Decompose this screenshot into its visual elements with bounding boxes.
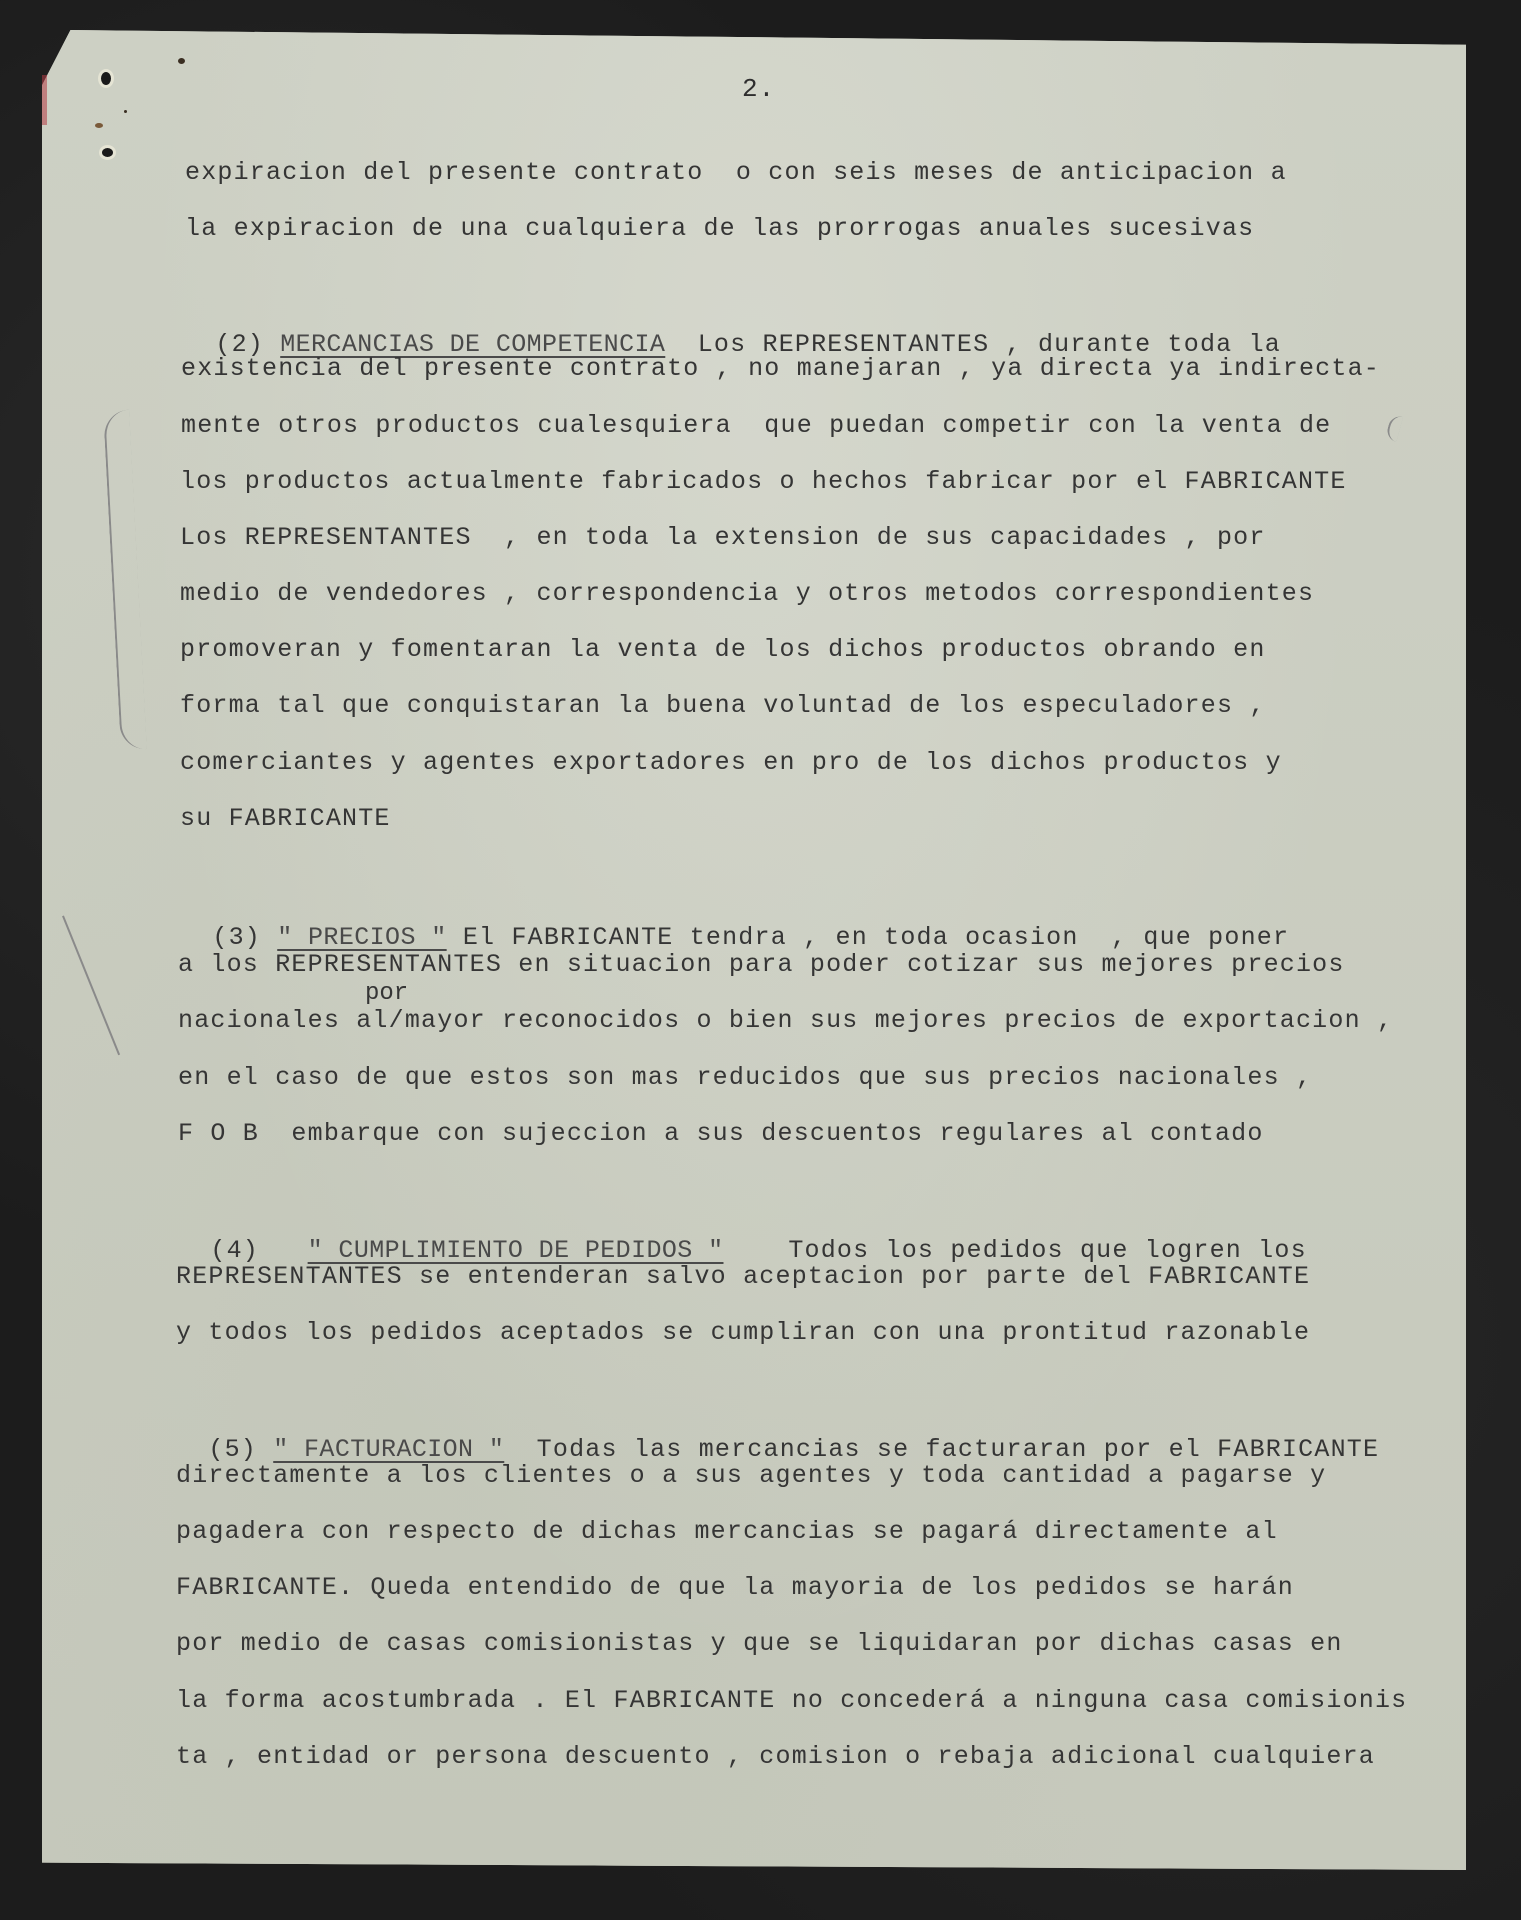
text-line: en el caso de que estos son mas reducido… bbox=[178, 1063, 1312, 1093]
section-heading: " CUMPLIMIENTO DE PEDIDOS " bbox=[308, 1236, 724, 1265]
text-line: comerciantes y agentes exportadores en p… bbox=[180, 748, 1282, 778]
text-line: a los REPRESENTANTES en situacion para p… bbox=[178, 950, 1345, 980]
section-3-first-line: (3) " PRECIOS " El FABRICANTE tendra , e… bbox=[180, 893, 1289, 953]
text-line: REPRESENTANTES se entenderan salvo acept… bbox=[176, 1262, 1310, 1292]
text-line: su FABRICANTE bbox=[180, 804, 391, 834]
section-number: (4) bbox=[210, 1236, 259, 1265]
paper-speck bbox=[95, 123, 103, 128]
text-line: ta , entidad or persona descuento , comi… bbox=[176, 1742, 1375, 1772]
section-5-first-line: (5) " FACTURACION " Todas las mercancias… bbox=[176, 1405, 1379, 1465]
text-line: por medio de casas comisionistas y que s… bbox=[176, 1629, 1343, 1659]
text-span: El FABRICANTE tendra , en toda ocasion ,… bbox=[463, 923, 1289, 952]
text-line: la forma acostumbrada . El FABRICANTE no… bbox=[176, 1686, 1407, 1716]
text-line: y todos los pedidos aceptados se cumplir… bbox=[176, 1318, 1310, 1348]
text-line: pagadera con respecto de dichas mercanci… bbox=[176, 1517, 1278, 1547]
text-line: medio de vendedores , correspondencia y … bbox=[180, 579, 1314, 609]
section-number: (5) bbox=[208, 1435, 257, 1464]
text-line: promoveran y fomentaran la venta de los … bbox=[180, 635, 1266, 665]
text-span: Todas las mercancias se facturaran por e… bbox=[537, 1435, 1380, 1464]
text-line: los productos actualmente fabricados o h… bbox=[180, 467, 1347, 497]
interlinear-insertion: por bbox=[365, 980, 408, 1007]
text-line: expiracion del presente contrato o con s… bbox=[185, 158, 1287, 188]
text-line: FABRICANTE. Queda entendido de que la ma… bbox=[176, 1573, 1294, 1603]
section-heading: " FACTURACION " bbox=[273, 1435, 504, 1464]
section-2-first-line: (2) MERCANCIAS DE COMPETENCIA Los REPRES… bbox=[183, 300, 1281, 360]
section-number: (3) bbox=[212, 923, 261, 952]
text-line: existencia del presente contrato , no ma… bbox=[181, 354, 1380, 384]
section-4-first-line: (4) " CUMPLIMIENTO DE PEDIDOS " Todos lo… bbox=[178, 1206, 1307, 1266]
text-line: directamente a los clientes o a sus agen… bbox=[176, 1461, 1326, 1491]
text-line: nacionales al/mayor reconocidos o bien s… bbox=[178, 1006, 1393, 1036]
text-span: Todos los pedidos que logren los bbox=[788, 1236, 1306, 1265]
paper-speck bbox=[178, 58, 185, 64]
text-line: F O B embarque con sujeccion a sus descu… bbox=[178, 1119, 1264, 1149]
punch-hole bbox=[102, 148, 113, 157]
text-line: forma tal que conquistaran la buena volu… bbox=[180, 691, 1266, 721]
red-edge-stain bbox=[42, 75, 47, 125]
punch-hole bbox=[101, 72, 111, 85]
text-line: mente otros productos cualesquiera que p… bbox=[181, 411, 1331, 441]
text-line: Los REPRESENTANTES , en toda la extensio… bbox=[180, 523, 1266, 553]
text-line: la expiracion de una cualquiera de las p… bbox=[185, 214, 1254, 244]
section-heading: " PRECIOS " bbox=[277, 923, 446, 952]
page-number: 2. bbox=[742, 74, 775, 104]
paper-speck bbox=[124, 110, 127, 113]
